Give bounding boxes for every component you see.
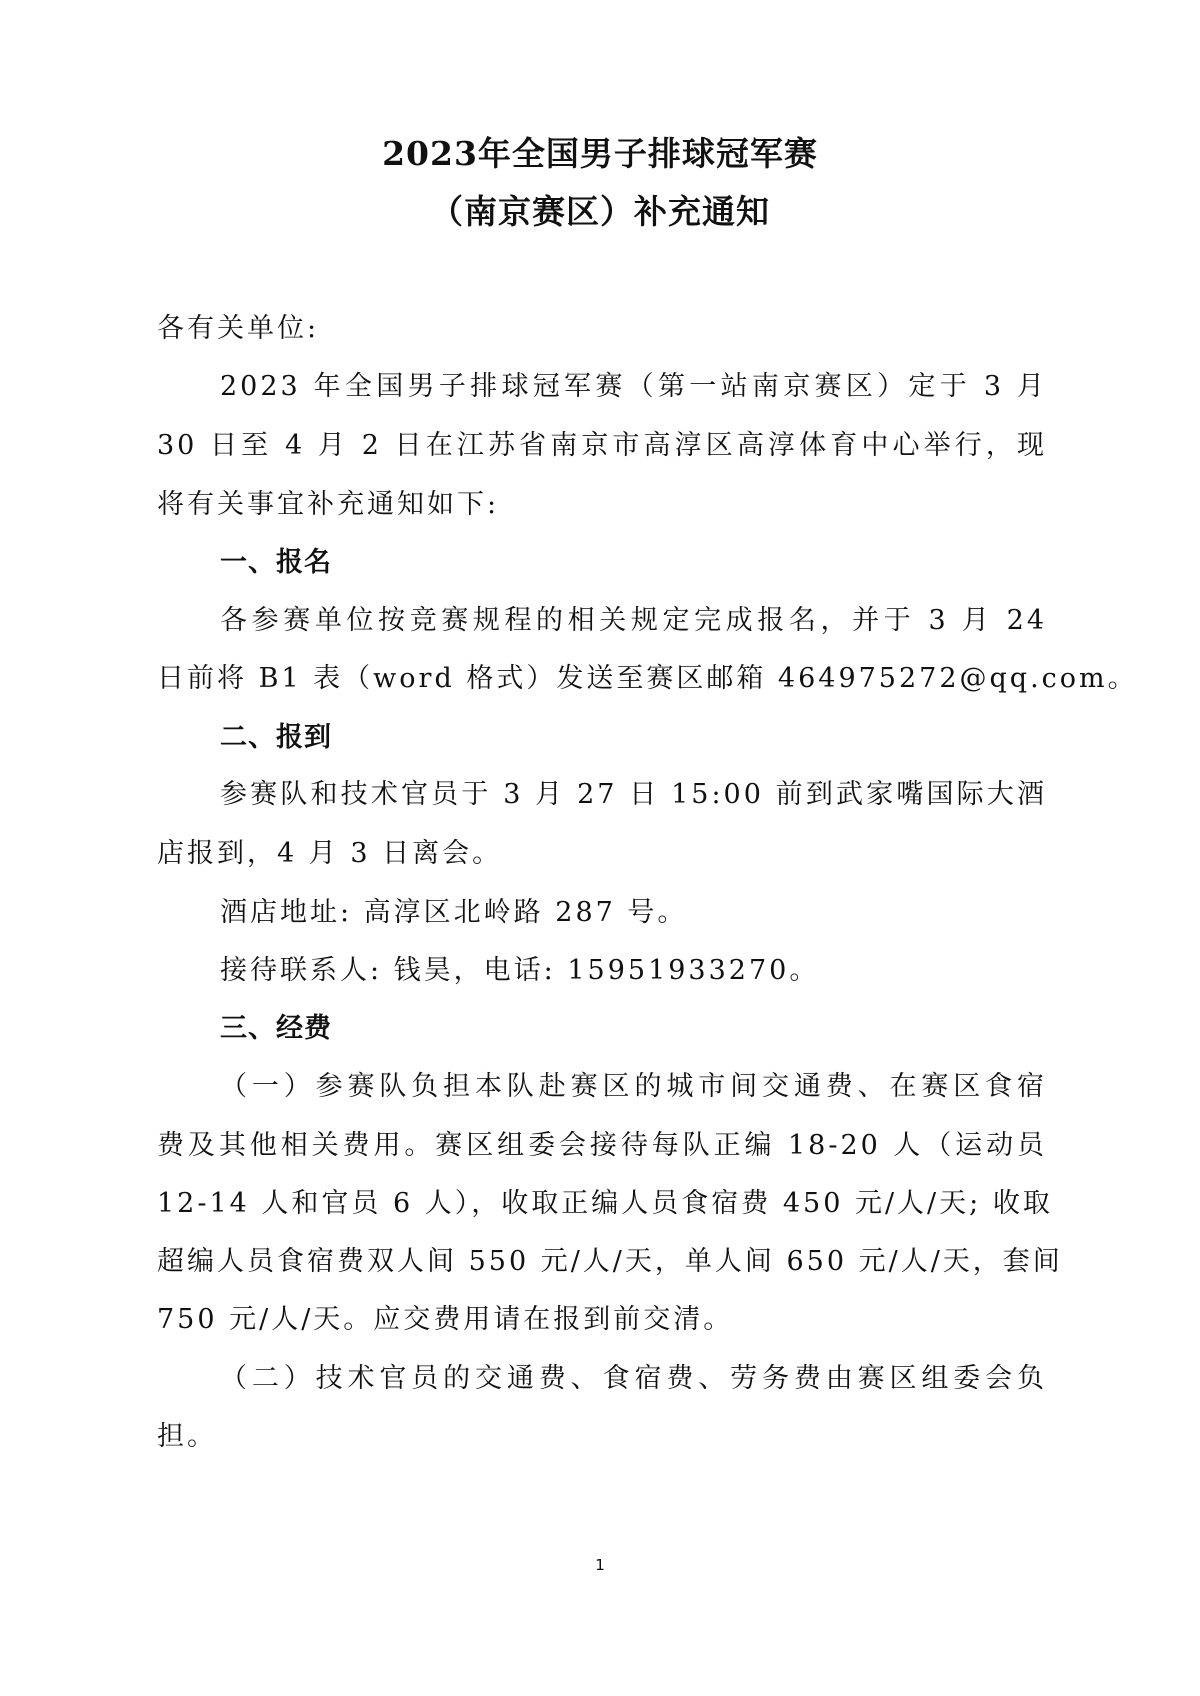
salutation: 各有关单位: xyxy=(157,306,319,345)
section-heading-fees: 三、经费 xyxy=(220,1006,332,1045)
section-text: 店报到，4 月 3 日离会。 xyxy=(157,831,502,870)
section-text: 参赛队和技术官员于 3 月 27 日 15:00 前到武家嘴国际大酒 xyxy=(220,772,1047,811)
section-heading-registration: 一、报名 xyxy=(220,540,332,579)
section-text: （二）技术官员的交通费、食宿费、劳务费由赛区组委会负 xyxy=(220,1356,1047,1395)
intro-line: 2023 年全国男子排球冠军赛（第一站南京赛区）定于 3 月 xyxy=(220,364,1047,403)
section-text: 750 元/人/天。应交费用请在报到前交清。 xyxy=(157,1297,733,1336)
section-text: 12-14 人和官员 6 人），收取正编人员食宿费 450 元/人/天; 收取 xyxy=(157,1181,1047,1220)
document-title-line1: 2023年全国男子排球冠军赛 xyxy=(0,128,1200,175)
section-text: 担。 xyxy=(157,1414,217,1453)
section-text: 各参赛单位按竞赛规程的相关规定完成报名，并于 3 月 24 xyxy=(220,598,1047,637)
section-text: （一）参赛队负担本队赴赛区的城市间交通费、在赛区食宿 xyxy=(220,1064,1047,1103)
intro-line: 将有关事宜补充通知如下: xyxy=(157,482,499,521)
contact-person: 接待联系人: 钱昊，电话: 15951933270。 xyxy=(220,948,819,987)
section-text: 超编人员食宿费双人间 550 元/人/天，单人间 650 元/人/天，套间 xyxy=(157,1239,1047,1278)
section-text-email: 日前将 B1 表（word 格式）发送至赛区邮箱 464975272@qq.co… xyxy=(157,656,1138,695)
hotel-address: 酒店地址: 高淳区北岭路 287 号。 xyxy=(220,890,687,929)
intro-line: 30 日至 4 月 2 日在江苏省南京市高淳区高淳体育中心举行，现 xyxy=(157,423,1047,462)
page-number: 1 xyxy=(0,1556,1200,1574)
section-heading-checkin: 二、报到 xyxy=(220,715,332,754)
section-text: 费及其他相关费用。赛区组委会接待每队正编 18-20 人（运动员 xyxy=(157,1123,1047,1162)
document-title-line2: （南京赛区）补充通知 xyxy=(0,186,1200,233)
